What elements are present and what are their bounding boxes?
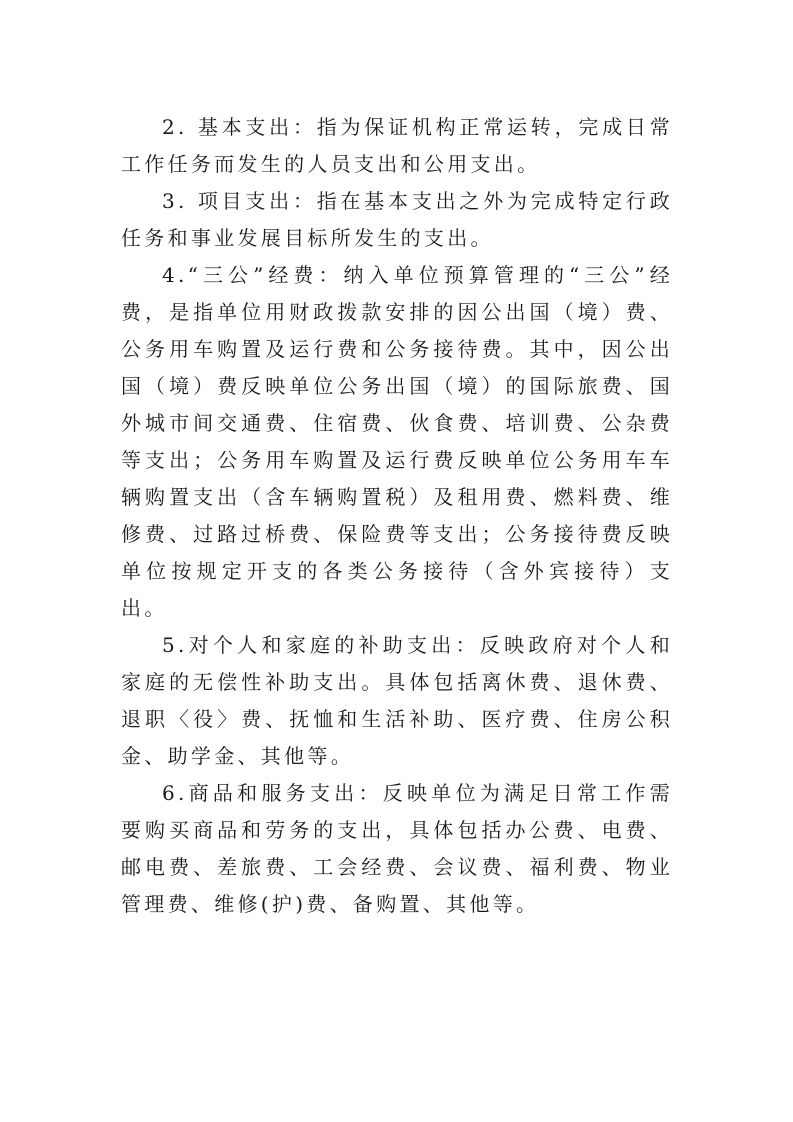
paragraph-subsidies-individuals-families: 5.对个人和家庭的补助支出：反映政府对个人和家庭的无偿性补助支出。具体包括离休费…	[121, 627, 673, 775]
document-page: 2. 基本支出：指为保证机构正常运转，完成日常工作任务而发生的人员支出和公用支出…	[121, 109, 673, 923]
paragraph-project-expenditure: 3. 项目支出：指在基本支出之外为完成特定行政任务和事业发展目标所发生的支出。	[121, 183, 673, 257]
paragraph-goods-services-expenditure: 6.商品和服务支出：反映单位为满足日常工作需要购买商品和劳务的支出，具体包括办公…	[121, 775, 673, 923]
paragraph-three-public-expenses: 4.“三公”经费：纳入单位预算管理的“三公”经费，是指单位用财政拨款安排的因公出…	[121, 257, 673, 627]
paragraph-basic-expenditure: 2. 基本支出：指为保证机构正常运转，完成日常工作任务而发生的人员支出和公用支出…	[121, 109, 673, 183]
